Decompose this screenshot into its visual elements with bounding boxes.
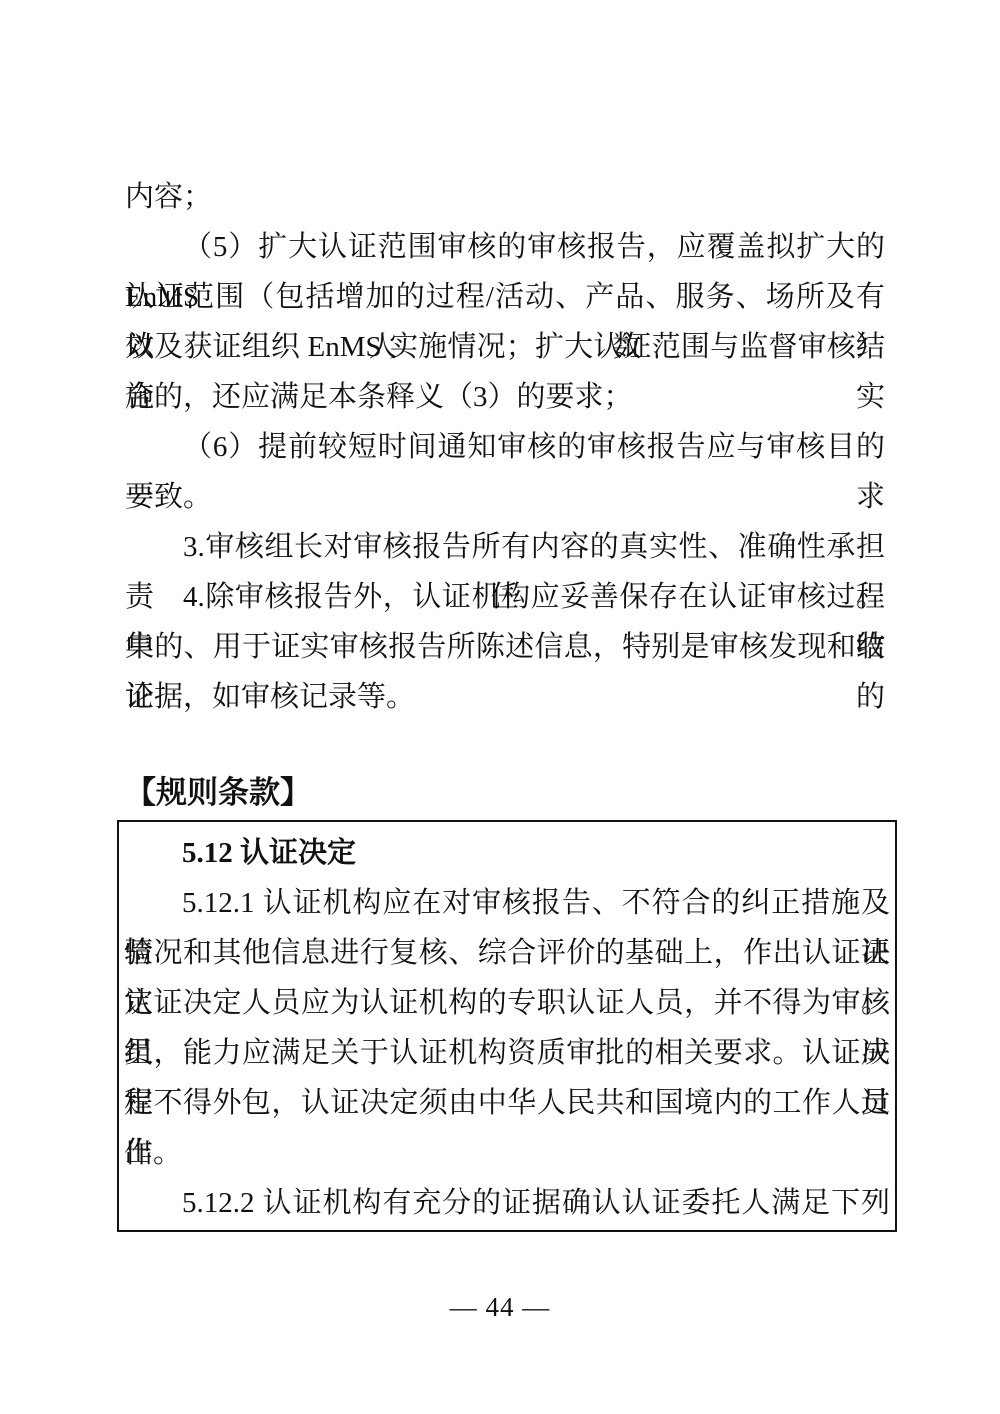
document-page: 内容； （5）扩大认证范围审核的审核报告，应覆盖拟扩大的 EnMS 认证范围（包…: [0, 0, 1000, 1414]
box-line-1: 5.12 认证决定: [124, 828, 890, 878]
body-line-4: 以及获证组织 EnMS 实施情况；扩大认证范围与监督审核结合实: [125, 322, 885, 372]
box-line-5: 员，能力应满足关于认证机构资质审批的相关要求。认证决定过: [124, 1028, 890, 1078]
box-line-7: 出。: [124, 1128, 890, 1178]
box-line-3: 情况和其他信息进行复核、综合评价的基础上，作出认证决定。: [124, 928, 890, 978]
body-line-3: 认证范围（包括增加的过程/活动、产品、服务、场所及有效人数）: [125, 272, 885, 322]
box-line-6: 程不得外包，认证决定须由中华人民共和国境内的工作人员作: [124, 1078, 890, 1128]
page-number: — 44 —: [0, 1292, 1000, 1323]
body-line-2: （5）扩大认证范围审核的审核报告，应覆盖拟扩大的 EnMS: [125, 222, 885, 272]
section-heading: 【规则条款】: [125, 768, 311, 818]
body-line-8: 3.审核组长对审核报告所有内容的真实性、准确性承担责任。: [125, 522, 885, 572]
body-line-10: 集的、用于证实审核报告所陈述信息，特别是审核发现和结论的: [125, 622, 885, 672]
body-line-6: （6）提前较短时间通知审核的审核报告应与审核目的要求: [125, 422, 885, 472]
box-line-8: 5.12.2 认证机构有充分的证据确认认证委托人满足下列条: [124, 1178, 890, 1228]
body-line-1: 内容；: [125, 172, 885, 222]
clause-box: 5.12 认证决定 5.12.1 认证机构应在对审核报告、不符合的纠正措施及验证…: [117, 820, 897, 1232]
body-text: 内容； （5）扩大认证范围审核的审核报告，应覆盖拟扩大的 EnMS 认证范围（包…: [125, 172, 885, 722]
body-line-9: 4.除审核报告外，认证机构应妥善保存在认证审核过程中收: [125, 572, 885, 622]
box-line-2: 5.12.1 认证机构应在对审核报告、不符合的纠正措施及验证: [124, 878, 890, 928]
box-line-4: 认证决定人员应为认证机构的专职认证人员，并不得为审核组成: [124, 978, 890, 1028]
